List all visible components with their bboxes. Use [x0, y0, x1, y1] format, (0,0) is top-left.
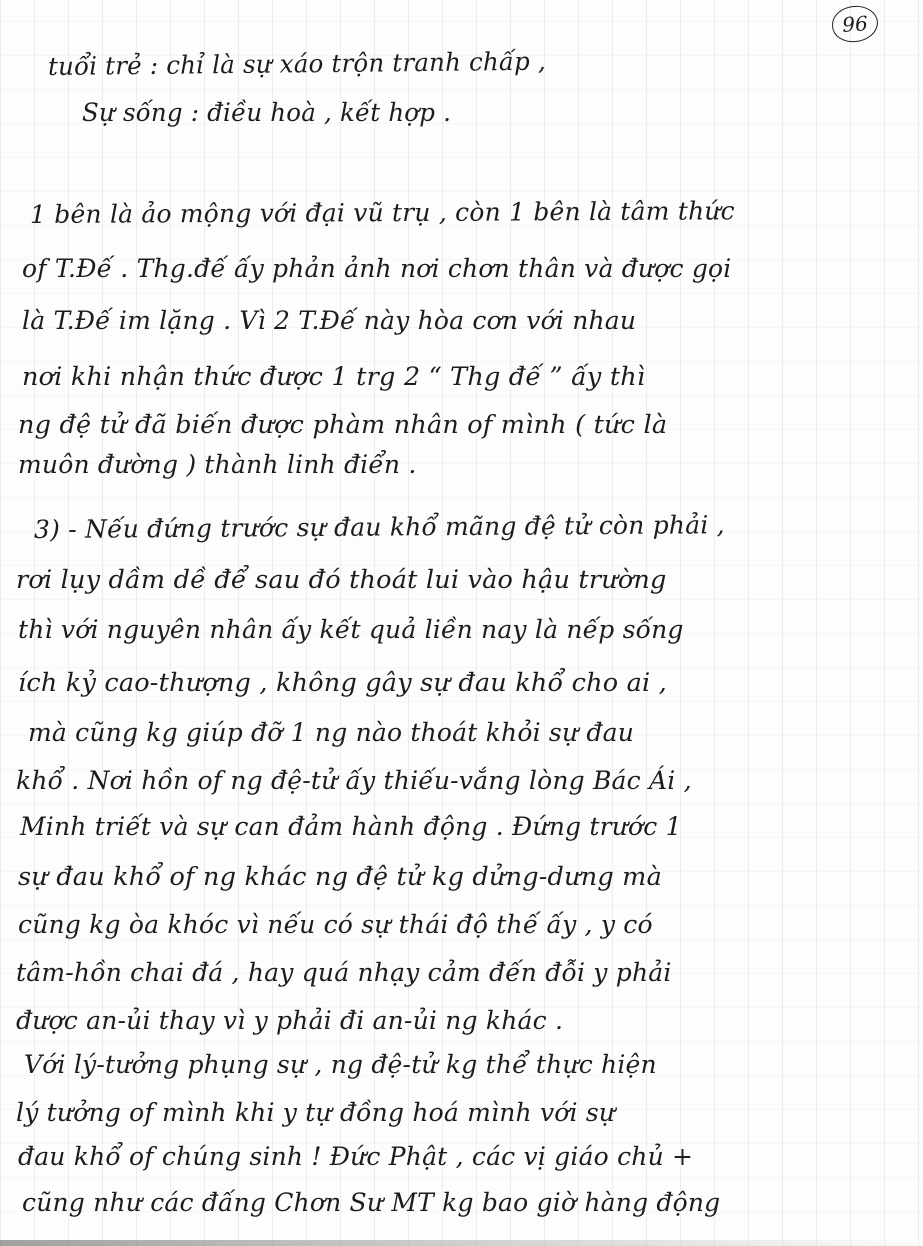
text-line: rơi lụy dầm dề để sau đó thoát lui vào h…: [16, 565, 667, 594]
text-line: cũng như các đấng Chơn Sư MT kg bao giờ …: [22, 1188, 720, 1217]
text-line: 3) - Nếu đứng trước sự đau khổ mãng đệ t…: [34, 510, 725, 544]
text-line: khổ . Nơi hồn of ng đệ-tử ấy thiếu-vắng …: [16, 766, 692, 795]
text-line: sự đau khổ of ng khác ng đệ tử kg dửng-d…: [18, 862, 662, 891]
text-line: muôn đường ) thành linh điển .: [18, 450, 417, 479]
page-number: 96: [841, 11, 868, 37]
text-line: of T.Đế . Thg.đế ấy phản ảnh nơi chơn th…: [22, 254, 731, 283]
handwritten-page: 96 tuổi trẻ : chỉ là sự xáo trộn tranh c…: [0, 0, 923, 1246]
text-line: nơi khi nhận thức được 1 trg 2 “ Thg đế …: [22, 362, 645, 391]
text-line: cũng kg òa khóc vì nếu có sự thái độ thế…: [18, 910, 653, 939]
text-line: Sự sống : điều hoà , kết hợp .: [82, 98, 451, 127]
scan-edge: [0, 1240, 923, 1246]
text-line: tuổi trẻ : chỉ là sự xáo trộn tranh chấp…: [48, 47, 546, 81]
text-line: thì với nguyên nhân ấy kết quả liền nay …: [18, 615, 684, 644]
text-line: ng đệ tử đã biến được phàm nhân of mình …: [18, 410, 667, 439]
text-line: 1 bên là ảo mộng với đại vũ trụ , còn 1 …: [30, 196, 735, 229]
text-line: là T.Đế im lặng . Vì 2 T.Đế này hòa cơn …: [22, 306, 636, 335]
text-line: mà cũng kg giúp đỡ 1 ng nào thoát khỏi s…: [28, 718, 634, 747]
text-line: được an-ủi thay vì y phải đi an-ủi ng kh…: [16, 1006, 563, 1035]
text-line: đau khổ of chúng sinh ! Đức Phật , các v…: [18, 1142, 693, 1171]
text-line: Minh triết và sự can đảm hành động . Đứn…: [20, 812, 682, 841]
page-number-circle: 96: [831, 4, 879, 43]
text-line: ích kỷ cao-thượng , không gây sự đau khổ…: [18, 668, 667, 697]
text-line: lý tưởng of mình khi y tự đồng hoá mình …: [16, 1098, 615, 1127]
text-line: Với lý-tưởng phụng sự , ng đệ-tử kg thể …: [24, 1050, 657, 1079]
text-line: tâm-hồn chai đá , hay quá nhạy cảm đến đ…: [16, 958, 672, 987]
